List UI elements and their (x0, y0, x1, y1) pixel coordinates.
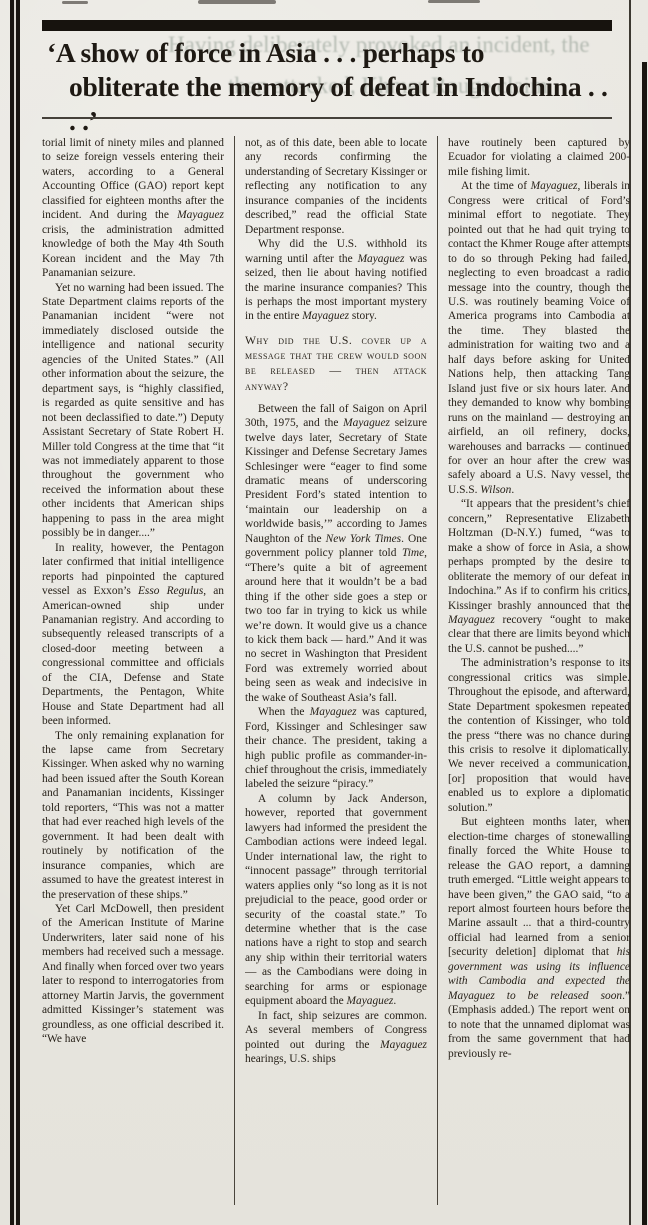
article-paragraph: Between the fall of Saigon on April 30th… (245, 402, 427, 706)
article-body: torial limit of ninety miles and planned… (42, 136, 630, 1205)
article-paragraph: “It appears that the president’s chief c… (448, 497, 630, 656)
left-page-border (10, 0, 20, 1225)
article-paragraph: But eighteen months later, when election… (448, 815, 630, 1061)
article-paragraph: When the Mayaguez was captured, Ford, Ki… (245, 705, 427, 792)
article-paragraph: In fact, ship seizures are common. As se… (245, 1009, 427, 1067)
article-paragraph: The only remaining explanation for the l… (42, 729, 224, 902)
section-subhead: Why did the U.S. cover up a message that… (245, 333, 427, 394)
headline-line-2: obliterate the memory of defeat in Indoc… (47, 70, 612, 138)
article-paragraph: Yet Carl McDowell, then president of the… (42, 902, 224, 1047)
article-paragraph: Yet no warning had been issued. The Stat… (42, 281, 224, 541)
headline-line-1: ‘A show of force in Asia . . . perhaps t… (47, 37, 484, 68)
article-paragraph: A column by Jack Anderson, however, repo… (245, 792, 427, 1009)
article-paragraph: have routinely been captured by Ecuador … (448, 136, 630, 179)
article-paragraph: The administration’s response to its con… (448, 656, 630, 815)
article-paragraph: Why did the U.S. withhold its warning un… (245, 237, 427, 324)
column-divider (234, 136, 235, 1205)
article-paragraph: In reality, however, the Pentagon later … (42, 541, 224, 729)
headline-divider-rule (42, 117, 612, 119)
article-paragraph: At the time of Mayaguez, liberals in Con… (448, 179, 630, 497)
adjacent-page-border (642, 62, 647, 1225)
scan-artifact (198, 0, 276, 4)
scan-artifact (62, 1, 88, 4)
article-column-3: have routinely been captured by Ecuador … (448, 136, 630, 1205)
article-column-2: not, as of this date, been able to locat… (245, 136, 427, 1205)
article-headline: ‘A show of force in Asia . . . perhaps t… (47, 36, 612, 138)
headline-top-bar (42, 20, 612, 31)
article-paragraph: torial limit of ninety miles and planned… (42, 136, 224, 281)
article-column-1: torial limit of ninety miles and planned… (42, 136, 224, 1205)
scan-artifact (428, 0, 480, 3)
article-paragraph: not, as of this date, been able to locat… (245, 136, 427, 237)
column-divider (437, 136, 438, 1205)
magazine-page-scan: Having deliberately provoked an incident… (0, 0, 648, 1225)
